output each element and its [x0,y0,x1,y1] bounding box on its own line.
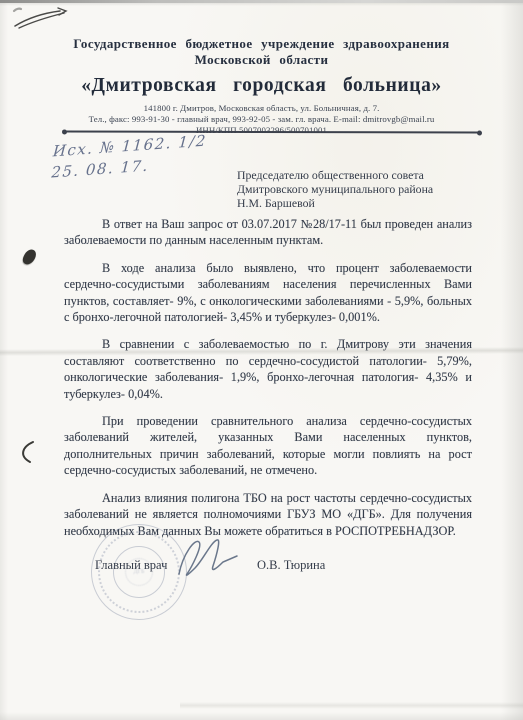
handwritten-ref: Исх. № 1162. 1/2 25. 08. 17. [51,130,208,183]
scan-top-edge [0,0,523,3]
body-paragraph: При проведении сравнительного анализа се… [64,413,472,479]
body-paragraph: В ходе анализа было выявлено, что процен… [64,260,472,326]
divider-dot-right [477,130,482,135]
hospital-title: «Дмитровская городская больница» [0,75,523,97]
pen-scribble-icon [12,3,74,31]
address-line: 141800 г. Дмитров, Московская область, у… [0,103,523,114]
body-paragraph: В ответ на Ваш запрос от 03.07.2017 №28/… [64,216,472,249]
divider-dot-left [62,129,67,134]
fold-crease-bottom [180,702,523,709]
org-name-line2: Московской области [0,52,523,68]
phone-email-line: Тел., факс: 993-91-30 - главный врач, 99… [0,114,523,125]
addressee-name: Н.М. Баршевой [237,196,433,210]
scanned-letter-page: Государственное бюджетное учреждение здр… [0,0,523,720]
addressee-district: Дмитровского муниципального района [237,182,433,196]
signature-handwriting [165,534,255,582]
signer-name: О.В. Тюрина [257,558,325,573]
body-paragraph: Анализ влияния полигона ТБО на рост част… [64,490,472,539]
addressee-title: Председателю общественного совета [237,168,433,182]
signature-block: Главный врач О.В. Тюрина [95,552,425,592]
addressee-block: Председателю общественного совета Дмитро… [237,168,433,211]
letterhead: Государственное бюджетное учреждение здр… [0,36,523,135]
org-name-line1: Государственное бюджетное учреждение здр… [0,36,523,52]
body-paragraph: В сравнении с заболеваемостью по г. Дмит… [64,336,472,402]
signer-role: Главный врач [95,558,167,573]
ink-hook-mark [17,440,39,466]
ink-blot-mark [21,247,38,266]
letter-body: В ответ на Ваш запрос от 03.07.2017 №28/… [64,216,472,550]
